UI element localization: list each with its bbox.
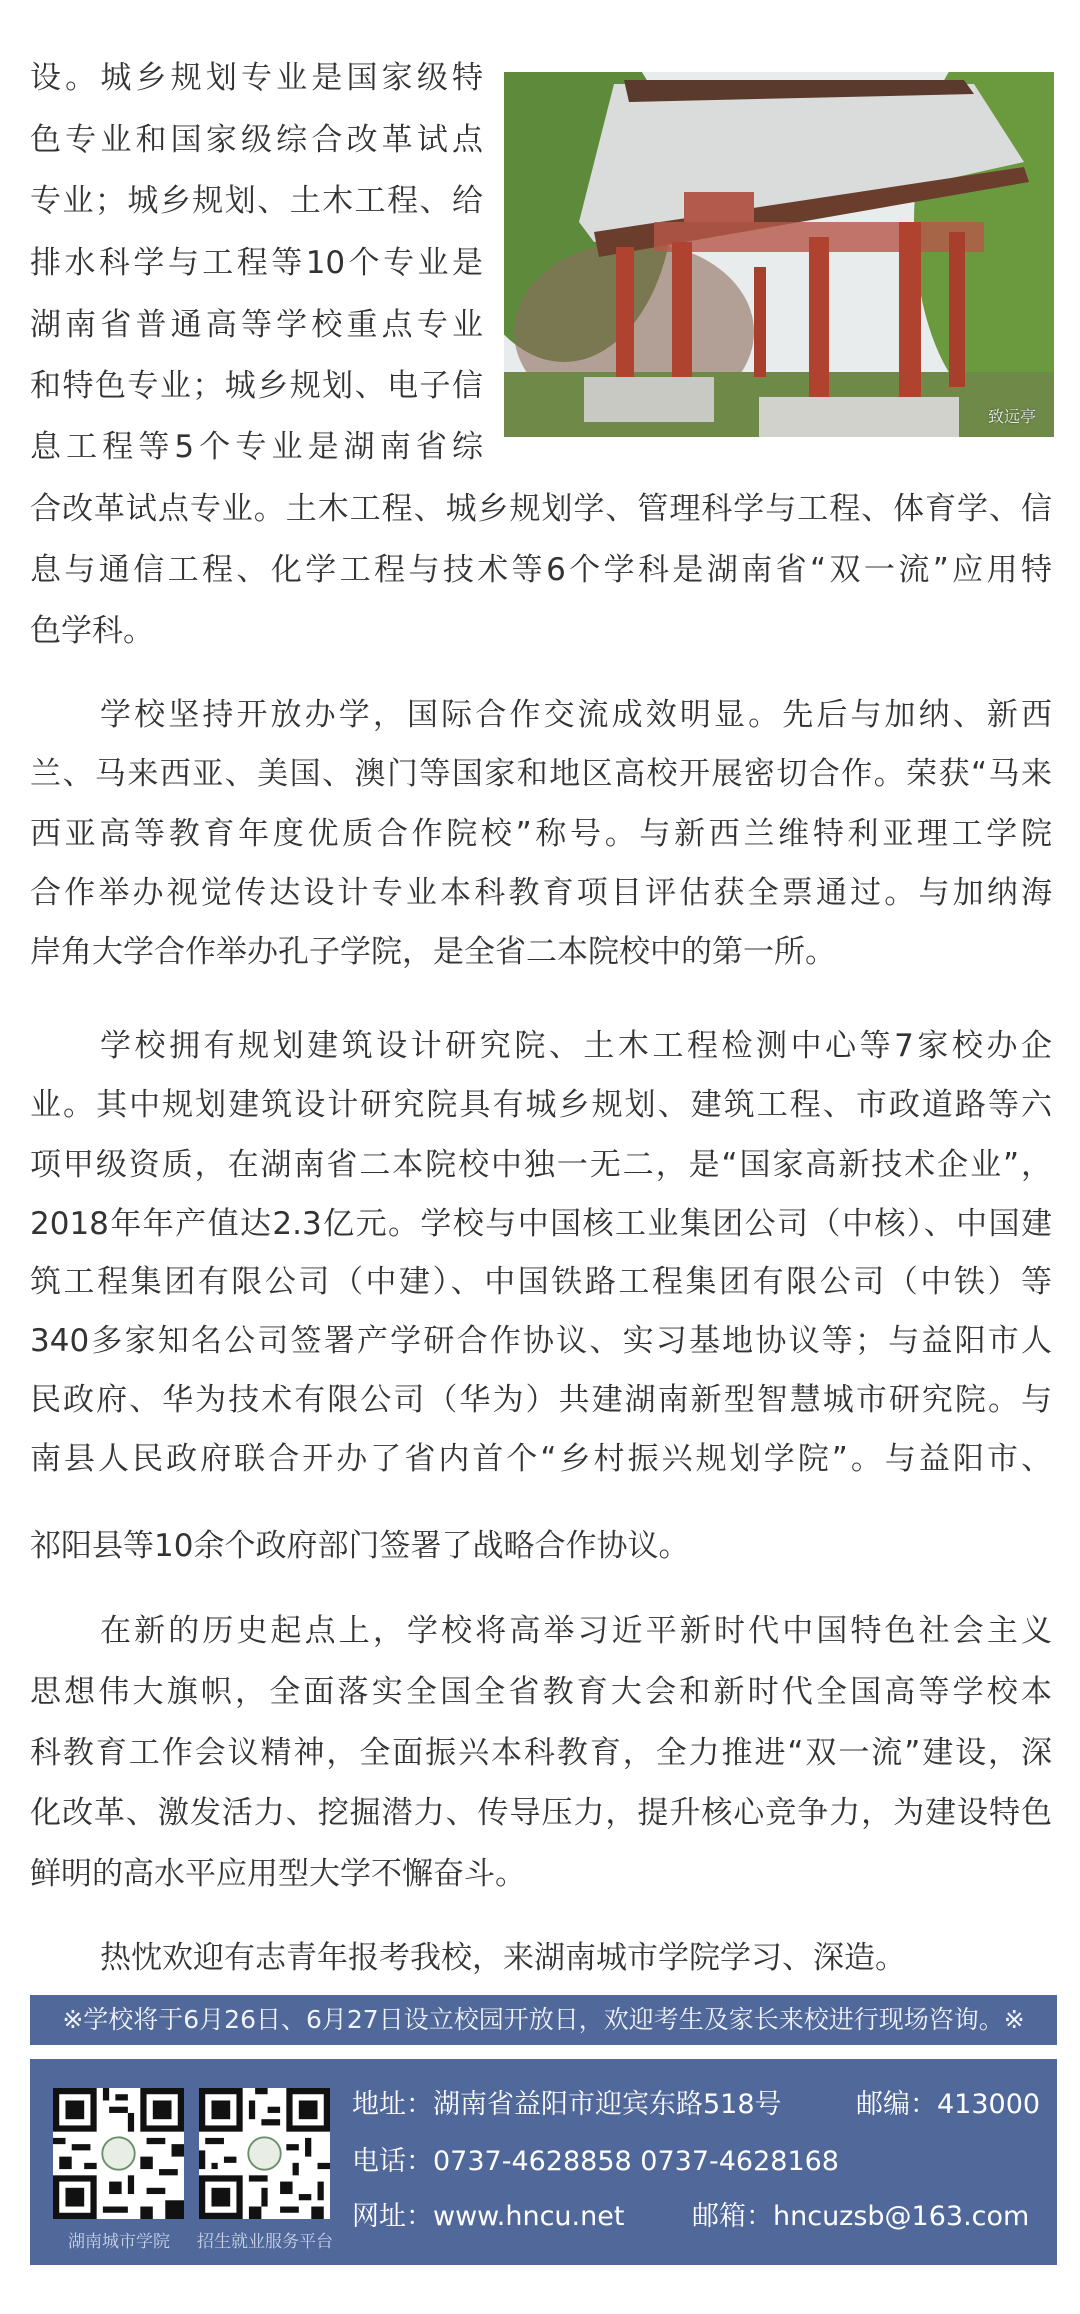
text-line: 热忱欢迎有志青年报考我校，来湖南城市学院学习、深造。 xyxy=(100,1936,1052,1980)
text-line: 筑工程集团有限公司（中建）、中国铁路工程集团有限公司（中铁）等 xyxy=(30,1260,1052,1304)
contact-info-box: 湖南城市学院 招生就业服务平台 地址：湖南省益阳市迎宾东路518号 邮编：413… xyxy=(30,2059,1057,2265)
pavilion-photo: 致远亭 xyxy=(504,72,1054,437)
text-line: 学校坚持开放办学，国际合作交流成效明显。先后与加纳、新西 xyxy=(100,693,1052,737)
qr-code-admissions[interactable] xyxy=(199,2088,330,2219)
text-line: 学校拥有规划建筑设计研究院、土木工程检测中心等7家校办企 xyxy=(100,1024,1052,1068)
text-line: 340多家知名公司签署产学研合作协议、实习基地协议等；与益阳市人 xyxy=(30,1319,1052,1363)
text-line: 岸角大学合作举办孔子学院，是全省二本院校中的第一所。 xyxy=(30,930,1052,974)
contact-row-address: 地址：湖南省益阳市迎宾东路518号 邮编：413000 xyxy=(352,2087,1052,2123)
qr-label-school: 湖南城市学院 xyxy=(39,2227,199,2252)
text-line: 2018年年产值达2.3亿元。学校与中国核工业集团公司（中核）、中国建 xyxy=(30,1202,1052,1246)
text-line: 南县人民政府联合开办了省内首个“乡村振兴规划学院”。与益阳市、 xyxy=(30,1437,1052,1481)
qr-code-icon xyxy=(199,2088,330,2219)
pavilion-illustration-icon xyxy=(504,72,1054,437)
text-line: 兰、马来西亚、美国、澳门等国家和地区高校开展密切合作。荣获“马来 xyxy=(30,752,1052,796)
text-line: 思想伟大旗帜，全面落实全国全省教育大会和新时代全国高等学校本 xyxy=(30,1670,1052,1714)
text-line: 合作举办视觉传达设计专业本科教育项目评估获全票通过。与加纳海 xyxy=(30,871,1052,915)
text-line: 排水科学与工程等10个专业是 xyxy=(30,241,483,285)
text-line: 祁阳县等10余个政府部门签署了战略合作协议。 xyxy=(30,1524,1052,1568)
qr-code-school[interactable] xyxy=(53,2088,184,2219)
qr-label-admissions: 招生就业服务平台 xyxy=(185,2227,345,2252)
text-line: 和特色专业；城乡规划、电子信 xyxy=(30,364,483,408)
address-text: 地址：湖南省益阳市迎宾东路518号 xyxy=(352,2087,782,2123)
text-line: 湖南省普通高等学校重点专业 xyxy=(30,303,483,347)
photo-caption: 致远亭 xyxy=(988,404,1036,427)
text-line: 息与通信工程、化学工程与技术等6个学科是湖南省“双一流”应用特 xyxy=(30,548,1052,592)
website-link[interactable]: 网址：www.hncu.net xyxy=(352,2199,624,2235)
text-line: 专业；城乡规划、土木工程、给 xyxy=(30,179,483,223)
postcode-text: 邮编：413000 xyxy=(856,2087,1040,2123)
contact-row-phone: 电话：0737-4628858 0737-4628168 xyxy=(352,2144,1052,2180)
phone-text: 电话：0737-4628858 0737-4628168 xyxy=(352,2144,839,2180)
text-line: 色专业和国家级综合改革试点 xyxy=(30,118,483,162)
text-line: 西亚高等教育年度优质合作院校”称号。与新西兰维特利亚理工学院 xyxy=(30,812,1052,856)
text-line: 业。其中规划建筑设计研究院具有城乡规划、建筑工程、市政道路等六 xyxy=(30,1083,1052,1127)
text-line: 设。城乡规划专业是国家级特 xyxy=(30,56,483,100)
text-line: 民政府、华为技术有限公司（华为）共建湖南新型智慧城市研究院。与 xyxy=(30,1378,1052,1422)
text-line: 色学科。 xyxy=(30,609,1052,653)
email-link[interactable]: 邮箱：hncuzsb@163.com xyxy=(692,2199,1029,2235)
contact-row-web: 网址：www.hncu.net 邮箱：hncuzsb@163.com xyxy=(352,2199,1052,2235)
qr-code-icon xyxy=(53,2088,184,2219)
text-line: 在新的历史起点上，学校将高举习近平新时代中国特色社会主义 xyxy=(100,1609,1052,1653)
text-line: 息工程等5个专业是湖南省综 xyxy=(30,425,483,469)
text-line: 项甲级资质，在湖南省二本院校中独一无二，是“国家高新技术企业”， xyxy=(30,1143,1052,1187)
text-line: 合改革试点专业。土木工程、城乡规划学、管理科学与工程、体育学、信 xyxy=(30,487,1052,531)
text-line: 科教育工作会议精神，全面振兴本科教育，全力推进“双一流”建设，深 xyxy=(30,1731,1052,1775)
text-line: 化改革、激发活力、挖掘潜力、传导压力，提升核心竞争力，为建设特色 xyxy=(30,1791,1052,1835)
open-day-banner: ※学校将于6月26日、6月27日设立校园开放日，欢迎考生及家长来校进行现场咨询。… xyxy=(30,1995,1057,2045)
text-line: 鲜明的高水平应用型大学不懈奋斗。 xyxy=(30,1852,1052,1896)
